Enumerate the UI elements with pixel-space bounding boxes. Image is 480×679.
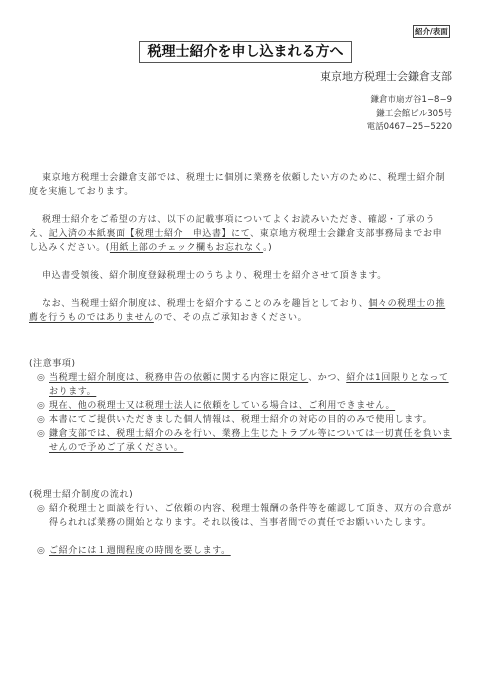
flow-item: ◎紹介税理士と面談を行い、ご依頼の内容、税理士報酬の条件等を確認して頂き、双方の… — [37, 502, 452, 530]
note-item: ◎当税理士紹介制度は、税務申告の依頼に関する内容に限定し、かつ、紹介は1回限りと… — [37, 371, 452, 399]
disclaimer-text: なお、当税理士紹介制度は、税理士を紹介することのみを趣旨としており、個々の税理士… — [29, 297, 449, 325]
notes-heading: (注意事項) — [29, 357, 76, 371]
double-circle-icon: ◎ — [37, 544, 49, 558]
address-building: 鎌工会館ビル305号 — [367, 108, 452, 122]
referral-text: 申込書受領後、紹介制度登録税理士のうちより、税理士を紹介させて頂きます。 — [29, 269, 449, 283]
disclaimer-paragraph: なお、当税理士紹介制度は、税理士を紹介することのみを趣旨としており、個々の税理士… — [29, 297, 449, 325]
contact-address: 鎌倉市扇ガ谷1−8−9 鎌工会館ビル305号 電話0467−25−5220 — [367, 94, 452, 135]
page-side-tag: 紹介/表面 — [413, 25, 450, 38]
double-circle-icon: ◎ — [37, 413, 49, 427]
flow-list: ◎紹介税理士と面談を行い、ご依頼の内容、税理士報酬の条件等を確認して頂き、双方の… — [37, 502, 452, 558]
document-page: 紹介/表面 税理士紹介を申し込まれる方へ 東京地方税理士会鎌倉支部 鎌倉市扇ガ谷… — [0, 0, 480, 679]
phone-number: 電話0467−25−5220 — [367, 121, 452, 135]
address-line: 鎌倉市扇ガ谷1−8−9 — [367, 94, 452, 108]
underlined-checkbox-reminder: 用紙上部のチェック欄もお忘れなく — [110, 243, 263, 253]
double-circle-icon: ◎ — [37, 371, 49, 385]
flow-item: ◎ご紹介には１週間程度の時間を要します。 — [37, 544, 452, 558]
document-title: 税理士紹介を申し込まれる方へ — [139, 41, 352, 63]
double-circle-icon: ◎ — [37, 427, 49, 441]
note-item: ◎鎌倉支部では、税理士紹介のみを行い、業務上生じたトラブル等については一切責任を… — [37, 427, 452, 455]
intro-text: 東京地方税理士会鎌倉支部では、税理士に個別に業務を依頼したい方のために、税理士紹… — [29, 171, 449, 199]
double-circle-icon: ◎ — [37, 502, 49, 516]
underlined-form-reference: 記入済の本紙裏面【税理士紹介 申込書】にて — [49, 229, 250, 239]
flow-heading: (税理士紹介制度の流れ) — [29, 488, 133, 502]
referral-paragraph: 申込書受領後、紹介制度登録税理士のうちより、税理士を紹介させて頂きます。 — [29, 269, 449, 283]
application-text: 税理士紹介をご希望の方は、以下の記載事項についてよくお読みいただき、確認・了承の… — [29, 213, 449, 255]
notes-list: ◎当税理士紹介制度は、税務申告の依頼に関する内容に限定し、かつ、紹介は1回限りと… — [37, 371, 452, 455]
organization-name: 東京地方税理士会鎌倉支部 — [320, 70, 452, 84]
note-item: ◎本書にてご提供いただきました個人情報は、税理士紹介の対応の目的のみで使用します… — [37, 413, 452, 427]
double-circle-icon: ◎ — [37, 399, 49, 413]
application-paragraph: 税理士紹介をご希望の方は、以下の記載事項についてよくお読みいただき、確認・了承の… — [29, 213, 449, 255]
intro-paragraph: 東京地方税理士会鎌倉支部では、税理士に個別に業務を依頼したい方のために、税理士紹… — [29, 171, 449, 199]
note-item: ◎現在、他の税理士又は税理士法人に依頼をしている場合は、ご利用できません。 — [37, 399, 452, 413]
